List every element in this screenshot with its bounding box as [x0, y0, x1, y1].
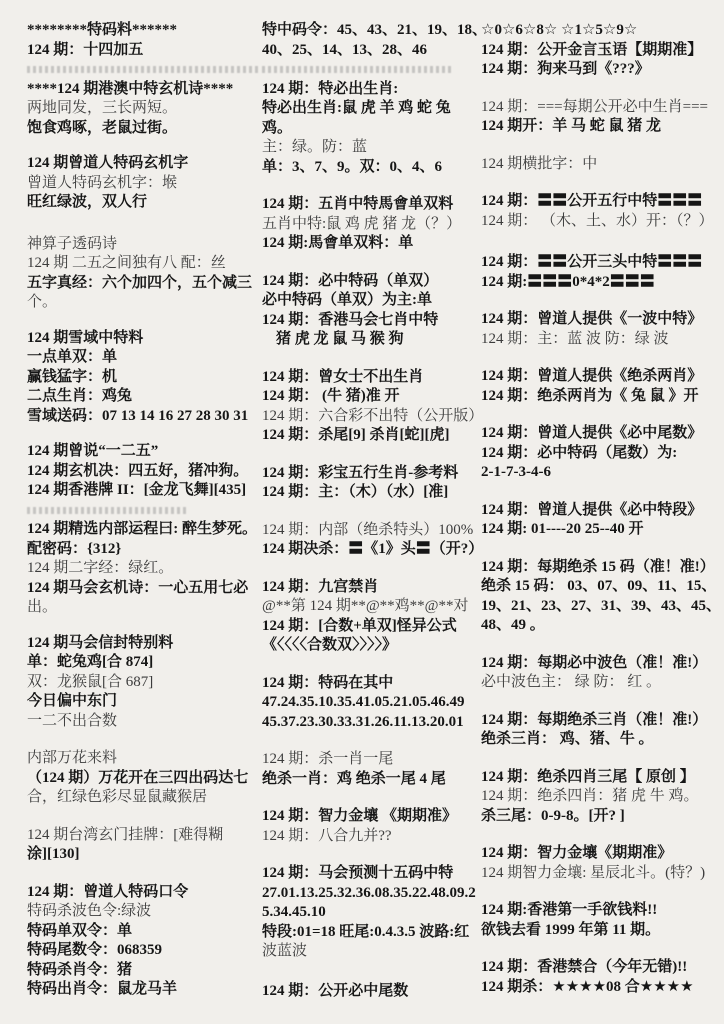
text-line: 124 期：每期绝杀三肖（准！准!） — [481, 711, 721, 731]
text-line: 双：龙猴鼠[合 687] — [27, 673, 261, 693]
text-line: 124 期：曾道人提供《绝杀两肖》 — [481, 367, 721, 387]
text-line: 124 期：曾女士不出生肖 — [262, 368, 480, 388]
column-left: ********特码料******124 期：十四加五****124 期港澳中特… — [27, 21, 261, 1000]
text-line: 单：蛇兔鸡[合 874] — [27, 653, 261, 673]
text-line: 内部万花来料 — [27, 749, 261, 769]
column-middle: 特中码令：45、43、21、19、18、40、25、14、13、28、46124… — [262, 21, 480, 1001]
text-line: 特中码令：45、43、21、19、18、 — [262, 21, 480, 41]
text-line: 出。 — [27, 598, 261, 618]
text-line: 124 期开：羊 马 蛇 鼠 猪 龙 — [481, 117, 721, 137]
text-line: 饱食鸡啄，老鼠过街。 — [27, 119, 261, 139]
text-line: 124 期：香港禁合（今年无错)!! — [481, 958, 721, 978]
text-line: （124 期）万花开在三四出码达七 — [27, 769, 261, 789]
text-line: 124 期：公开必中尾数 — [262, 982, 480, 1002]
text-line: 124 期：曾道人提供《必中特段》 — [481, 501, 721, 521]
text-line: 2-1-7-3-4-6 — [481, 463, 721, 483]
text-line: 124 期:香港第一手欲钱料!! — [481, 901, 721, 921]
text-line: 124 期：六合彩不出特（公开版） — [262, 407, 480, 427]
text-line: 124 期：主：（木）（水）[准] — [262, 483, 480, 503]
text-line: 124 期：公开金言玉语【期期准】 — [481, 41, 721, 61]
text-line: 单：3、7、9。双：0、4、6 — [262, 158, 480, 178]
text-line: 涂][130] — [27, 845, 261, 865]
text-line: 124 期雪域中特料 — [27, 329, 261, 349]
text-line: 杀三尾：0-9-8。[开? ] — [481, 807, 721, 827]
text-line: 124 期： (牛 猪)准 开 — [262, 387, 480, 407]
text-line: 124 期二字经：绿红。 — [27, 559, 261, 579]
text-line: 两地同发，三长两短。 — [27, 99, 261, 119]
text-line: ********特码料****** — [27, 21, 261, 41]
text-line: 必中波色主： 绿 防： 红 。 — [481, 673, 721, 693]
text-line: 124 期：杀尾[9] 杀肖[蛇][虎] — [262, 426, 480, 446]
text-line: 124 期：绝杀四肖三尾【 原创 】 — [481, 768, 721, 788]
text-line: 绝杀 15 码： 03、07、09、11、15、 — [481, 577, 721, 597]
text-line: 主：绿。防：蓝 — [262, 138, 480, 158]
text-line: 124 期：智力金壤《期期准》 — [481, 844, 721, 864]
text-line: 124 期杀：★★★★08 合★★★★ — [481, 978, 721, 998]
text-line: 19、21、23、27、31、39、43、45、 — [481, 597, 721, 617]
smudged-text-line — [27, 507, 186, 514]
text-line: 124 期马会玄机诗：一心五用七必 — [27, 579, 261, 599]
text-line: 124 期：马会预测十五码中特 — [262, 864, 480, 884]
text-line: 特码尾数令：068359 — [27, 941, 261, 961]
text-line: 合，红绿色彩尽显鼠藏猴居 — [27, 788, 261, 808]
text-line: 124 期：===每期公开必中生肖=== — [481, 98, 721, 118]
text-line: 124 期：香港马会七肖中特 — [262, 311, 480, 331]
text-line: 124 期：必中特码（尾数）为: — [481, 444, 721, 464]
text-line: 五字真经：六个加四个，五个减三 — [27, 274, 261, 294]
text-line: 124 期香港牌 II：[金龙飞舞][435] — [27, 481, 261, 501]
text-line: 124 期：内部（绝杀特头）100% — [262, 521, 480, 541]
text-line: 124 期：特码在其中 — [262, 674, 480, 694]
text-line: 旺红绿波，双人行 — [27, 193, 261, 213]
text-line: 124 期决杀：〓《1》头〓（开?） — [262, 540, 480, 560]
text-line: 124 期精选内部运程曰: 醉生梦死。 — [27, 520, 261, 540]
text-line: 鸡。 — [262, 119, 480, 139]
text-line: 124 期：十四加五 — [27, 41, 261, 61]
text-line: 124 期：曾道人特码口令 — [27, 883, 261, 903]
smudged-text-line — [27, 66, 261, 73]
text-line: 124 期:〓〓〓0*4*2〓〓〓 — [481, 273, 721, 293]
text-line: 124 期曾道人特码玄机字 — [27, 154, 261, 174]
text-line: 124 期：每期必中波色（准！准!） — [481, 654, 721, 674]
text-line: 配密码：{312} — [27, 540, 261, 560]
text-line: 绝杀三肖： 鸡、猪、牛 。 — [481, 730, 721, 750]
text-line: 124 期：五肖中特馬會单双料 — [262, 195, 480, 215]
text-line: 40、25、14、13、28、46 — [262, 41, 480, 61]
text-line: 欲钱去看 1999 年第 11 期。 — [481, 921, 721, 941]
text-line: 124 期：八合九并?? — [262, 827, 480, 847]
text-line: 二点生肖：鸡兔 — [27, 387, 261, 407]
text-line: 124 期：九宫禁肖 — [262, 578, 480, 598]
text-line: 124 期：主：蓝 波 防：绿 波 — [481, 330, 721, 350]
text-line: 特码单双令：单 — [27, 922, 261, 942]
text-line: 124 期马会信封特别料 — [27, 634, 261, 654]
text-line: 必中特码（单双）为主:单 — [262, 291, 480, 311]
text-line: 特码出肖令：鼠龙马羊 — [27, 980, 261, 1000]
text-line: 48、49 。 — [481, 616, 721, 636]
text-line: 特码杀波色令:绿波 — [27, 902, 261, 922]
text-line: 特必出生肖:鼠 虎 羊 鸡 蛇 兔 — [262, 99, 480, 119]
text-line: 神算子透码诗 — [27, 235, 261, 255]
text-line: 124 期：曾道人提供《必中尾数》 — [481, 424, 721, 444]
text-line: 绝杀一肖：鸡 绝杀一尾 4 尾 — [262, 770, 480, 790]
text-line: 124 期玄机决：四五好，猪冲狗。 — [27, 462, 261, 482]
text-line: 47.24.35.10.35.41.05.21.05.46.49 — [262, 693, 480, 713]
text-line: 124 期：每期绝杀 15 码（准！准!） — [481, 558, 721, 578]
text-line: 124 期台湾玄门挂牌：[难得糊 — [27, 826, 261, 846]
lottery-tip-sheet: ********特码料******124 期：十四加五****124 期港澳中特… — [0, 0, 724, 1024]
text-line: 赢钱猛字：机 — [27, 368, 261, 388]
text-line: 124 期：〓〓公开五行中特〓〓〓 — [481, 192, 721, 212]
text-line: 124 期：必中特码（单双） — [262, 272, 480, 292]
text-line: 124 期：绝杀四肖：猪 虎 牛 鸡。 — [481, 787, 721, 807]
text-line: 124 期: 01----20 25--40 开 — [481, 520, 721, 540]
column-right: ☆0☆6☆8☆ ☆1☆5☆9☆124 期：公开金言玉语【期期准】124 期：狗来… — [481, 21, 721, 997]
text-line: 一点单双：单 — [27, 348, 261, 368]
text-line: 《〈〈〈〈合数双〉〉〉〉》 — [262, 636, 480, 656]
text-line: 124 期： （木、土、水）开：（？） — [481, 212, 721, 232]
text-line: 今日偏中东门 — [27, 692, 261, 712]
text-line: 猪 虎 龙 鼠 马 猴 狗 — [262, 330, 480, 350]
text-line: 124 期：曾道人提供《一波中特》 — [481, 310, 721, 330]
text-line: 5.34.45.10 — [262, 903, 480, 923]
text-line: 27.01.13.25.32.36.08.35.22.48.09.2 — [262, 884, 480, 904]
text-line: 124 期：智力金壤 《期期准》 — [262, 807, 480, 827]
text-line: 124 期横批字：中 — [481, 155, 721, 175]
text-line: ☆0☆6☆8☆ ☆1☆5☆9☆ — [481, 21, 721, 41]
text-line: 雪域送码：07 13 14 16 27 28 30 31 — [27, 407, 261, 427]
text-line: 个。 — [27, 293, 261, 313]
text-line: 124 期：彩宝五行生肖-参考料 — [262, 464, 480, 484]
text-line: 波蓝波 — [262, 942, 480, 962]
text-line: 124 期曾说“一二五” — [27, 442, 261, 462]
text-line: 特段:01=18 旺尾:0.4.3.5 波路:红 — [262, 923, 480, 943]
text-line: 一二不出合数 — [27, 712, 261, 732]
text-line: 45.37.23.30.33.31.26.11.13.20.01 — [262, 713, 480, 733]
text-line: 124 期 二五之间独有八 配：丝 — [27, 254, 261, 274]
text-line: 124 期：特必出生肖: — [262, 80, 480, 100]
text-line: 124 期智力金壤: 星辰北斗。(特？) — [481, 864, 721, 884]
text-line: @**第 124 期**@**鸡**@**对 — [262, 597, 480, 617]
text-line: 124 期：〓〓公开三头中特〓〓〓 — [481, 253, 721, 273]
smudged-text-line — [262, 66, 454, 73]
text-line: 五肖中特:鼠 鸡 虎 猪 龙（？） — [262, 215, 480, 235]
text-line: 124 期：狗来马到《???》 — [481, 60, 721, 80]
text-line: 124 期:馬會单双料：单 — [262, 234, 480, 254]
text-line: 124 期：杀一肖一尾 — [262, 750, 480, 770]
text-line: 曾道人特码玄机字：堠 — [27, 174, 261, 194]
text-line: 124 期：[合数+单双]怪异公式 — [262, 617, 480, 637]
text-line: 124 期：绝杀两肖为《 兔 鼠 》开 — [481, 387, 721, 407]
text-line: ****124 期港澳中特玄机诗**** — [27, 80, 261, 100]
text-line: 特码杀肖令：猪 — [27, 961, 261, 981]
